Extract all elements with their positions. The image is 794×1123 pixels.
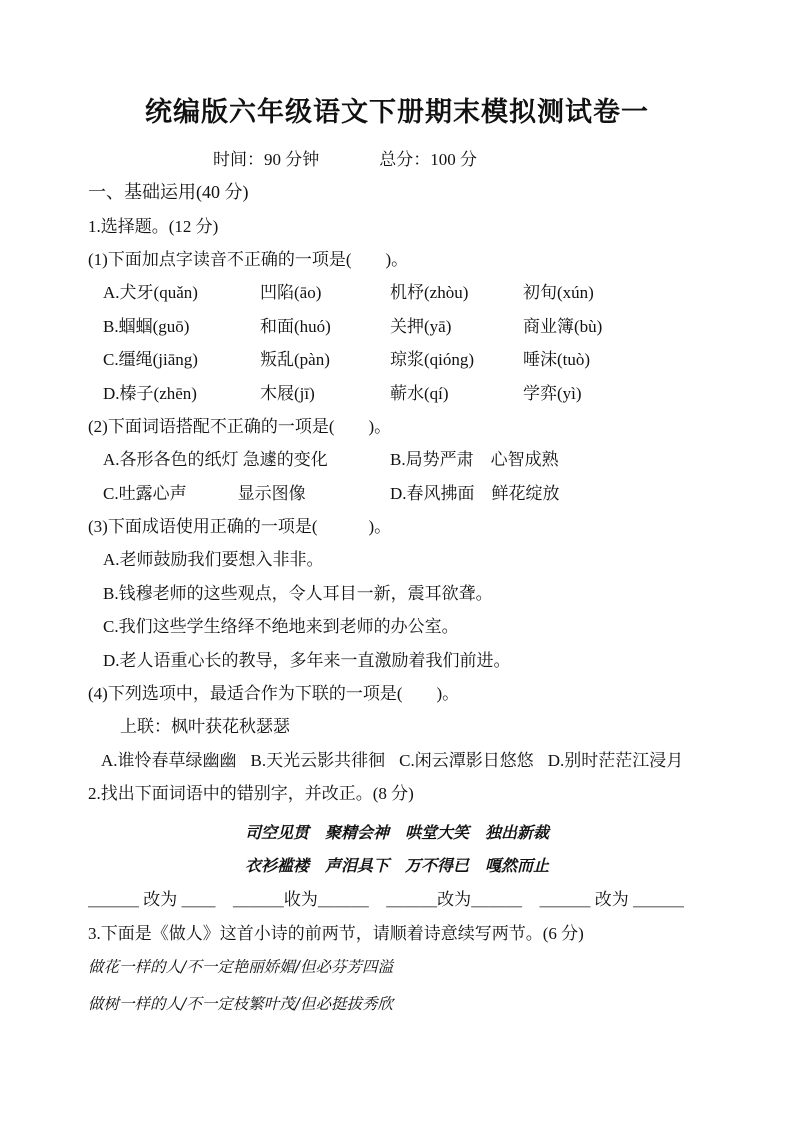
option-item: A.谁怜春草绿幽幽 [101,746,237,771]
option-item: A.犬牙(quǎn) [103,278,260,303]
answer-blank: ＿＿＿ 改为 ＿＿＿ [539,885,684,910]
option-item: 凹陷(āo) [260,278,390,303]
exam-total-score-label: 总分：100 分 [379,145,477,170]
q1-2-option-row-2: C.吐露心声 显示图像 D.春风拂面 鲜花绽放 [88,475,758,508]
option-item: B.蝈蝈(guō) [103,312,260,337]
option-item: 和面(huó) [260,312,390,337]
q2-answer-blanks-row: ＿＿＿ 改为 ＿＿ ＿＿＿收为＿＿＿ ＿＿＿改为＿＿＿ ＿＿＿ 改为 ＿＿＿ [88,881,684,914]
option-item: B.局势严肃 心智成熟 [390,445,758,470]
option-item: D.别时茫茫江浸月 [548,746,684,771]
answer-blank: ＿＿＿改为＿＿＿ [386,885,522,910]
exam-time-label: 时间：90 分钟 [213,145,319,170]
q2-stem: 2.找出下面词语中的错别字，并改正。(8 分) [88,775,758,808]
page-title: 统编版六年级语文下册期末模拟测试卷一 [0,94,794,130]
option-item: C.缰绳(jiāng) [103,345,260,370]
option-item: 初旬(xún) [523,278,758,303]
q1-4-option-row: A.谁怜春草绿幽幽 B.天光云影共徘徊 C.闲云潭影日悠悠 D.别时茫茫江浸月 [88,742,758,775]
q1-3-option-b: B.钱穆老师的这些观点，令人耳目一新，震耳欲聋。 [88,575,758,608]
q2-words-row-2: 衣衫褴褛 声泪具下 万不得已 嘎然而止 [0,848,794,881]
word-item: 聚精会神 [325,820,389,843]
q1-1-option-row-a: A.犬牙(quǎn) 凹陷(āo) 机杼(zhòu) 初旬(xún) [88,274,758,307]
word-item: 嘎然而止 [485,853,549,876]
option-item: 蕲水(qí) [390,379,523,404]
word-item: 衣衫褴褛 [245,853,309,876]
q3-stem: 3.下面是《做人》这首小诗的前两节，请顺着诗意续写两节。(6 分) [88,915,758,948]
q2-words-row-1: 司空见贯 聚精会神 哄堂大笑 独出新裁 [0,814,794,847]
q1-3-option-a: A.老师鼓励我们要想入非非。 [88,541,758,574]
test-paper-page: 统编版六年级语文下册期末模拟测试卷一 时间：90 分钟 总分：100 分 一、基… [0,0,794,1123]
q3-poem-line-1: 做花一样的人/不一定艳丽娇媚/但必芬芳四溢 [88,948,758,985]
option-item: 唾沫(tuò) [523,345,758,370]
answer-blank: ＿＿＿ 改为 ＿＿ [88,885,216,910]
option-item: D.春风拂面 鲜花绽放 [390,479,758,504]
option-item: A.各形各色的纸灯 急遽的变化 [103,445,390,470]
q3-poem-line-2: 做树一样的人/不一定枝繁叶茂/但必挺拔秀欣 [88,985,758,1022]
option-item: 木屐(jī) [260,379,390,404]
q1-1-option-row-c: C.缰绳(jiāng) 叛乱(pàn) 琼浆(qióng) 唾沫(tuò) [88,341,758,374]
exam-info-line: 时间：90 分钟 总分：100 分 [213,140,758,174]
q1-stem: 1.选择题。(12 分) [88,207,758,240]
q1-4-upper-couplet: 上联：枫叶获花秋瑟瑟 [88,708,758,741]
option-item: 琼浆(qióng) [390,345,523,370]
q1-3-option-d: D.老人语重心长的教导，多年来一直激励着我们前进。 [88,641,758,674]
word-item: 独出新裁 [485,820,549,843]
q1-1-stem: (1)下面加点字读音不正确的一项是( )。 [88,241,758,274]
option-item: 关押(yā) [390,312,523,337]
q1-4-stem: (4)下列选项中，最适合作为下联的一项是( )。 [88,675,758,708]
option-item: 叛乱(pàn) [260,345,390,370]
option-item: C.闲云潭影日悠悠 [399,746,534,771]
q1-1-option-row-b: B.蝈蝈(guō) 和面(huó) 关押(yā) 商业簿(bù) [88,308,758,341]
option-item: 商业簿(bù) [523,312,758,337]
q1-2-stem: (2)下面词语搭配不正确的一项是( )。 [88,408,758,441]
option-item: C.吐露心声 显示图像 [103,479,390,504]
section-one-heading: 一、基础运用(40 分) [88,174,758,207]
option-item: 机杼(zhòu) [390,278,523,303]
q1-1-option-row-d: D.榛子(zhēn) 木屐(jī) 蕲水(qí) 学弈(yì) [88,374,758,407]
word-item: 万不得已 [405,853,469,876]
q1-3-stem: (3)下面成语使用正确的一项是( )。 [88,508,758,541]
q1-3-option-c: C.我们这些学生络绎不绝地来到老师的办公室。 [88,608,758,641]
word-item: 哄堂大笑 [405,820,469,843]
q1-2-option-row-1: A.各形各色的纸灯 急遽的变化 B.局势严肃 心智成熟 [88,441,758,474]
option-item: 学弈(yì) [523,379,758,404]
word-item: 声泪具下 [325,853,389,876]
option-item: B.天光云影共徘徊 [251,746,386,771]
option-item: D.榛子(zhēn) [103,379,260,404]
answer-blank: ＿＿＿收为＿＿＿ [233,885,369,910]
word-item: 司空见贯 [245,820,309,843]
